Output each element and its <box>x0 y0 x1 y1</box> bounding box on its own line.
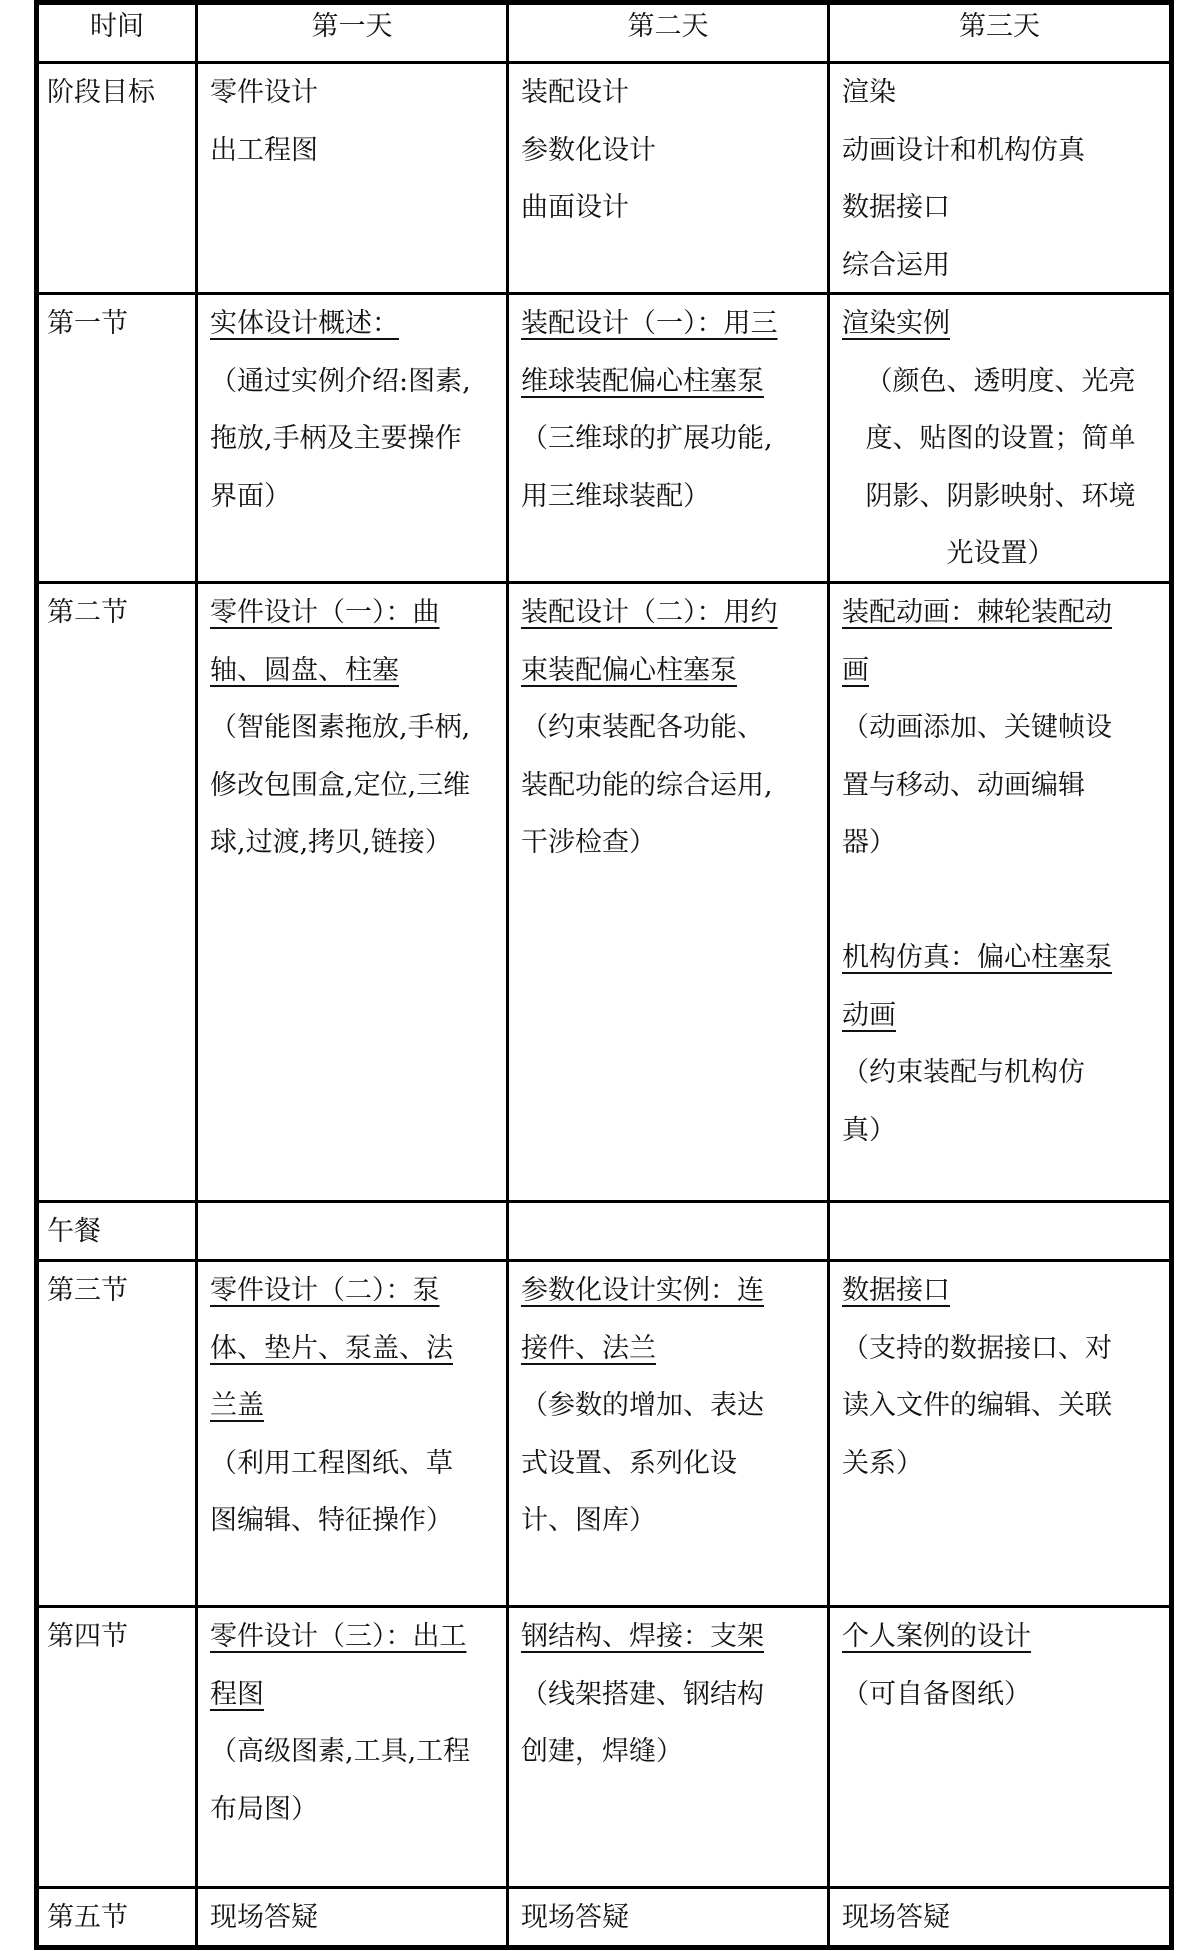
header-time: 时间 <box>39 5 198 61</box>
row-session-5: 第五节 现场答疑 现场答疑 现场答疑 <box>39 1889 1169 1950</box>
row-label: 第四节 <box>39 1608 198 1886</box>
topic-title: 接件、法兰 <box>521 1333 656 1364</box>
day2-session-5: 现场答疑 <box>509 1889 830 1950</box>
topic-title: 体、垫片、泵盖、法 <box>210 1333 453 1364</box>
topic-title: 装配动画：棘轮装配动 <box>842 597 1112 628</box>
topic-title: 程图 <box>210 1679 264 1710</box>
day1-session-2: 零件设计（一）：曲 轴、圆盘、柱塞 （智能图素拖放,手柄, 修改包围盒,定位,三… <box>198 584 509 1200</box>
day2-lunch <box>509 1203 830 1259</box>
day3-session-5: 现场答疑 <box>830 1889 1169 1950</box>
row-label: 第五节 <box>39 1889 198 1950</box>
header-day3: 第三天 <box>830 5 1169 61</box>
row-session-3: 第三节 零件设计（二）：泵 体、垫片、泵盖、法 兰盖 （利用工程图纸、草 图编辑… <box>39 1262 1169 1608</box>
topic-title: 动画 <box>842 1000 896 1031</box>
row-label: 第三节 <box>39 1262 198 1605</box>
header-row: 时间 第一天 第二天 第三天 <box>39 5 1169 64</box>
day3-session-2: 装配动画：棘轮装配动 画 （动画添加、关键帧设 置与移动、动画编辑 器） 机构仿… <box>830 584 1169 1200</box>
topic-title: 轴、圆盘、柱塞 <box>210 655 399 686</box>
day1-session-1: 实体设计概述： （通过实例介绍:图素, 拖放,手柄及主要操作 界面） <box>198 295 509 581</box>
header-day1: 第一天 <box>198 5 509 61</box>
spacer <box>842 872 1159 930</box>
day3-session-4: 个人案例的设计 （可自备图纸） <box>830 1608 1169 1886</box>
topic-title: 零件设计（二）：泵 <box>210 1275 440 1306</box>
topic-title: 兰盖 <box>210 1390 264 1421</box>
topic-title: 参数化设计实例：连 <box>521 1275 764 1306</box>
topic-title: 实体设计概述： <box>210 308 399 339</box>
topic-title: 零件设计（一）：曲 <box>210 597 440 628</box>
row-label: 第一节 <box>39 295 198 581</box>
day2-session-1: 装配设计（一）：用三 维球装配偏心柱塞泵 （三维球的扩展功能, 用三维球装配） <box>509 295 830 581</box>
topic-title: 装配设计（二）：用约 <box>521 597 778 628</box>
row-label: 第二节 <box>39 584 198 1200</box>
day3-lunch <box>830 1203 1169 1259</box>
topic-title: 维球装配偏心柱塞泵 <box>521 366 764 397</box>
row-lunch: 午餐 <box>39 1203 1169 1262</box>
day1-session-3: 零件设计（二）：泵 体、垫片、泵盖、法 兰盖 （利用工程图纸、草 图编辑、特征操… <box>198 1262 509 1605</box>
day1-session-5: 现场答疑 <box>198 1889 509 1950</box>
topic-title: 画 <box>842 655 869 686</box>
day3-session-3: 数据接口 （支持的数据接口、对 读入文件的编辑、关联 关系） <box>830 1262 1169 1605</box>
topic-title: 个人案例的设计 <box>842 1621 1031 1652</box>
day1-lunch <box>198 1203 509 1259</box>
day2-goals: 装配设计 参数化设计 曲面设计 <box>509 64 830 292</box>
row-label: 午餐 <box>39 1203 198 1259</box>
day1-session-4: 零件设计（三）：出工 程图 （高级图素,工具,工程 布局图） <box>198 1608 509 1886</box>
row-session-2: 第二节 零件设计（一）：曲 轴、圆盘、柱塞 （智能图素拖放,手柄, 修改包围盒,… <box>39 584 1169 1203</box>
topic-title: 机构仿真：偏心柱塞泵 <box>842 942 1112 973</box>
row-goals: 阶段目标 零件设计 出工程图 装配设计 参数化设计 曲面设计 渲染 动画设计和机… <box>39 64 1169 295</box>
topic-title: 装配设计（一）：用三 <box>521 308 778 339</box>
row-label: 阶段目标 <box>39 64 198 292</box>
topic-title: 渲染实例 <box>842 308 950 339</box>
topic-title: 零件设计（三）：出工 <box>210 1621 467 1652</box>
schedule-table: 时间 第一天 第二天 第三天 阶段目标 零件设计 出工程图 装配设计 参数化设计… <box>34 0 1174 1950</box>
header-day2: 第二天 <box>509 5 830 61</box>
row-session-1: 第一节 实体设计概述： （通过实例介绍:图素, 拖放,手柄及主要操作 界面） 装… <box>39 295 1169 584</box>
topic-title: 数据接口 <box>842 1275 950 1306</box>
day1-goals: 零件设计 出工程图 <box>198 64 509 292</box>
day2-session-3: 参数化设计实例：连 接件、法兰 （参数的增加、表达 式设置、系列化设 计、图库） <box>509 1262 830 1605</box>
topic-title: 钢结构、焊接：支架 <box>521 1621 764 1652</box>
day2-session-4: 钢结构、焊接：支架 （线架搭建、钢结构 创建，焊缝） <box>509 1608 830 1886</box>
row-session-4: 第四节 零件设计（三）：出工 程图 （高级图素,工具,工程 布局图） 钢结构、焊… <box>39 1608 1169 1889</box>
day3-goals: 渲染 动画设计和机构仿真 数据接口 综合运用 <box>830 64 1169 292</box>
topic-title: 束装配偏心柱塞泵 <box>521 655 737 686</box>
day2-session-2: 装配设计（二）：用约 束装配偏心柱塞泵 （约束装配各功能、 装配功能的综合运用,… <box>509 584 830 1200</box>
day3-session-1: 渲染实例 （颜色、透明度、光亮 度、贴图的设置；简单 阴影、阴影映射、环境 光设… <box>830 295 1169 581</box>
